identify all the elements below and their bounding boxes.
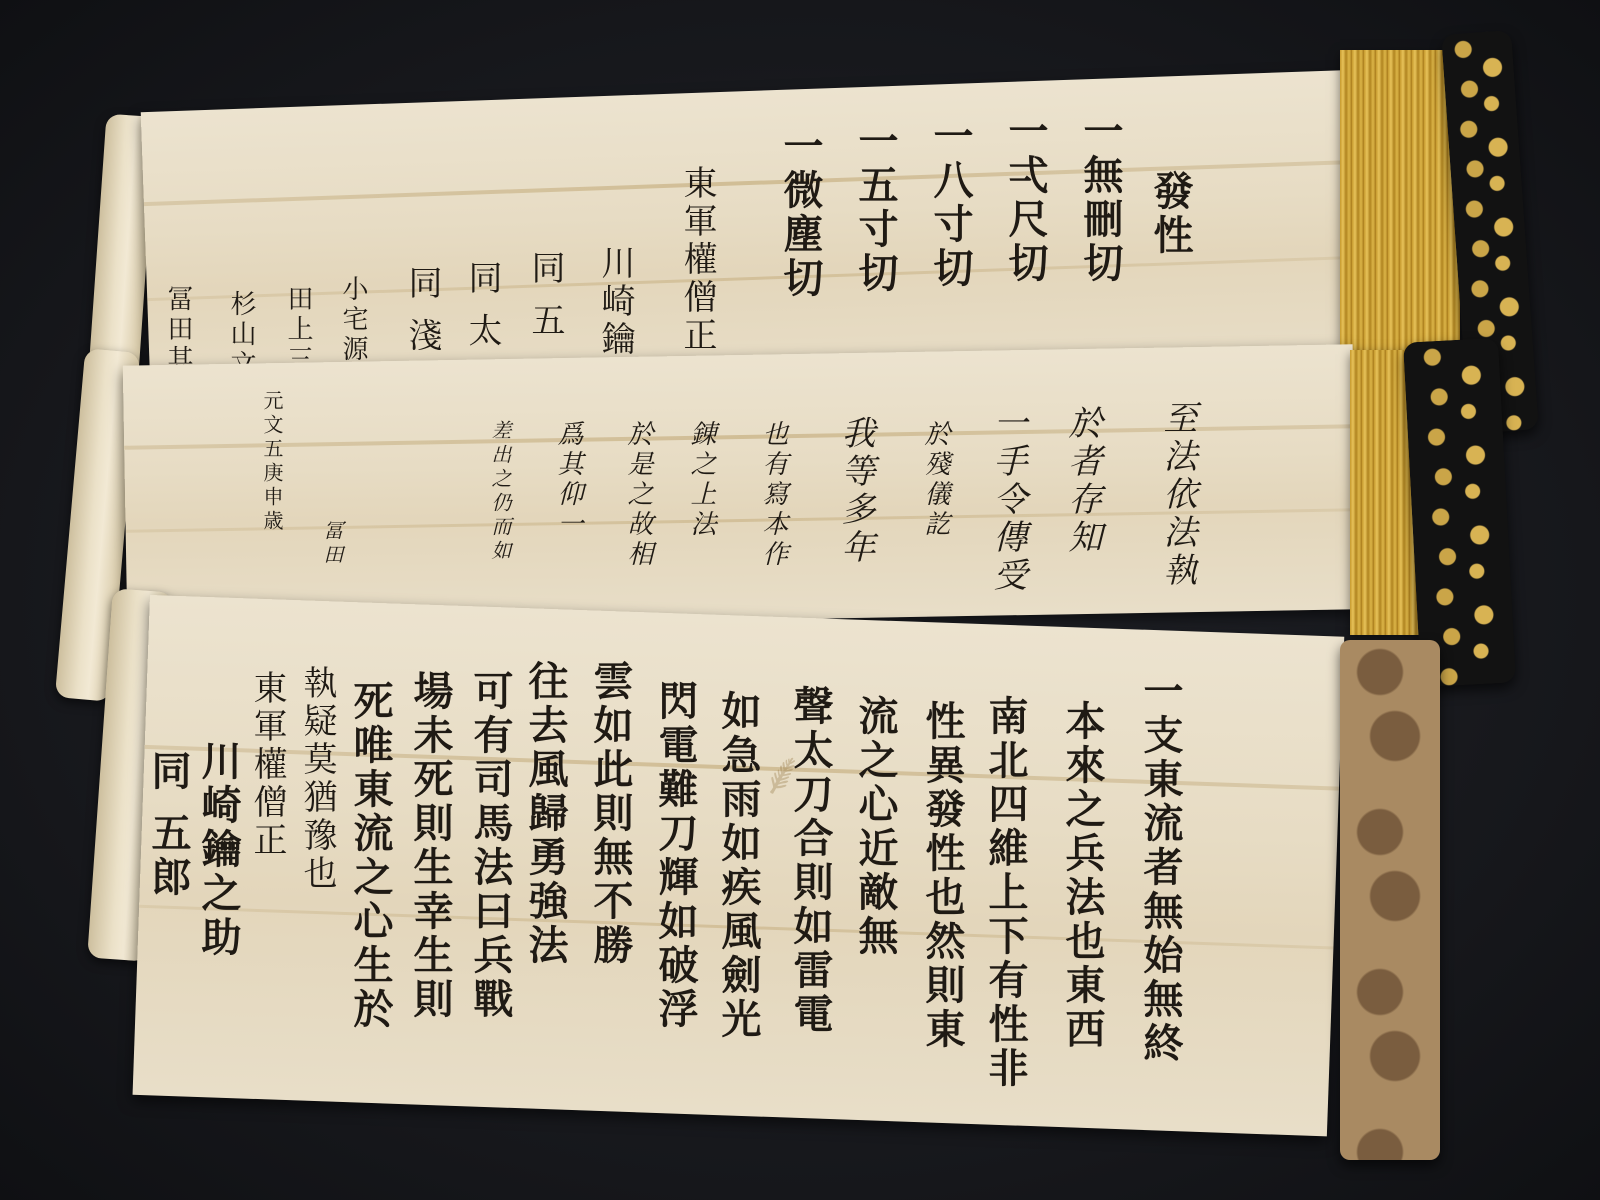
calligraphy-column: 一無刪切 <box>1080 110 1120 286</box>
calligraphy-column: 差出之仍而如 <box>490 420 510 564</box>
scroll-middle-brocade-roller <box>1403 338 1516 687</box>
calligraphy-column: 至法依法執 <box>1160 400 1194 590</box>
calligraphy-column: 性異發性也然則東 <box>922 700 962 1052</box>
calligraphy-column: 冨田 <box>322 520 342 568</box>
calligraphy-column: 一弌尺切 <box>1005 110 1045 286</box>
calligraphy-column: 一五寸切 <box>855 120 895 296</box>
calligraphy-column: 流之心近敵無 <box>855 695 895 959</box>
calligraphy-column: 於是之故相 <box>625 420 651 570</box>
calligraphy-column: 一八寸切 <box>930 115 970 291</box>
calligraphy-column: 我等多年 <box>838 415 872 567</box>
calligraphy-column: 同 淺 <box>405 265 439 356</box>
calligraphy-column: 死唯東流之心生於 <box>350 680 390 1032</box>
calligraphy-column: 本來之兵法也東西 <box>1062 700 1102 1052</box>
calligraphy-column: 爲其仰一 <box>555 420 581 540</box>
photo-scene: 發性 一無刪切 一弌尺切 一八寸切 一五寸切 一微塵切 東軍權僧正 川崎鑰 同 … <box>0 0 1600 1200</box>
calligraphy-column: 錬之上法 <box>688 420 714 540</box>
calligraphy-column: 閃電難刀輝如破浮 <box>655 680 695 1032</box>
calligraphy-column: 場未死則生幸生則 <box>410 670 450 1022</box>
signature-name: 同 五郎 <box>148 750 188 900</box>
signature-title: 東軍權僧正 <box>250 670 284 860</box>
scroll-bottom-tan-roller <box>1340 640 1440 1160</box>
calligraphy-column: 也有寫本作 <box>760 420 786 570</box>
calligraphy-column: 南北四維上下有性非 <box>985 695 1025 1091</box>
signature-name: 川崎鑰之助 <box>198 740 238 960</box>
calligraphy-column: 東軍權僧正 <box>680 165 714 355</box>
calligraphy-column: 往去風歸勇強法 <box>525 660 565 968</box>
calligraphy-column: 執疑莫猶豫也 <box>300 665 334 893</box>
calligraphy-column: 一手令傳受 <box>990 405 1024 595</box>
calligraphy-column: 同 五 <box>528 250 562 341</box>
calligraphy-column: 冨田其 <box>165 285 191 375</box>
date-inscription: 元文五庚申歳 <box>262 390 282 534</box>
calligraphy-column: 小宅源 <box>340 275 366 365</box>
scroll-top-gold-panel <box>1340 50 1460 360</box>
calligraphy-column: 發性 <box>1150 170 1190 258</box>
calligraphy-column: 可有司馬法曰兵戰 <box>470 670 510 1022</box>
calligraphy-column: 於殘儀訖 <box>922 420 948 540</box>
calligraphy-column: 如急雨如疾風劍光 <box>718 690 758 1042</box>
calligraphy-column: 聲太刀合則如雷電 <box>790 685 830 1037</box>
calligraphy-column: 川崎鑰 <box>598 245 632 359</box>
calligraphy-column: 於者存知 <box>1065 405 1099 557</box>
calligraphy-column: 雲如此則無不勝 <box>590 660 630 968</box>
calligraphy-column: 一支東流者無始無終 <box>1140 670 1180 1066</box>
calligraphy-column: 一微塵切 <box>780 125 820 301</box>
calligraphy-column: 同 太 <box>465 260 499 351</box>
